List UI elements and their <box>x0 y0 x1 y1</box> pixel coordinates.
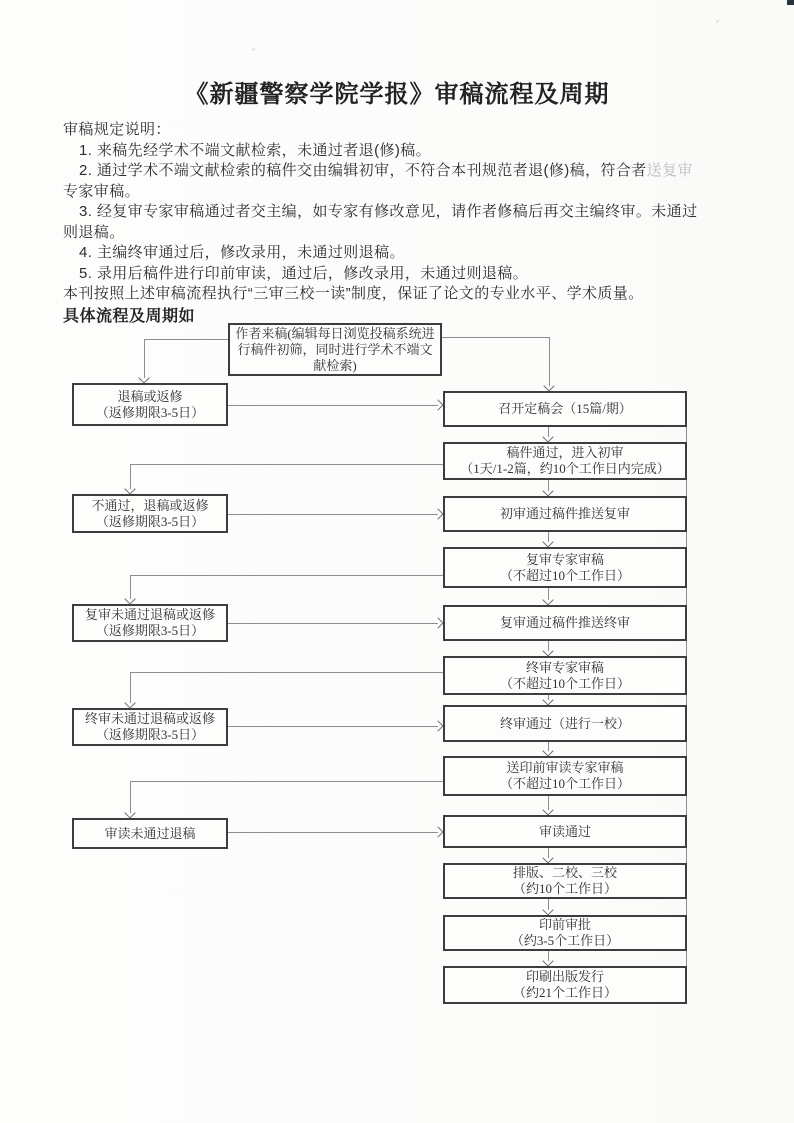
arrowhead-right-icon <box>432 508 443 519</box>
flow-node-label: （返修期限3-5日） <box>96 514 204 530</box>
flow-node-label: 行稿件初筛，同时进行学术不端文 <box>237 342 432 358</box>
arrowhead-down-icon <box>542 536 553 547</box>
connector-line <box>228 726 438 727</box>
flow-node-l2-initial-fail: 不通过，退稿或返修（返修期限3-5日） <box>72 494 228 533</box>
flow-node-label: 审读未通过退稿 <box>104 826 195 842</box>
scanned-page: 《新疆警察学院学报》审稿流程及周期 审稿规定说明：1. 来稿先经学术不端文献检索… <box>0 0 794 1123</box>
flow-node-label: 召开定稿会（15篇/期） <box>498 401 632 417</box>
flow-node-label: 终审未通过退稿或返修 <box>85 711 215 727</box>
connector-line <box>686 391 687 1004</box>
arrowhead-down-icon <box>542 745 553 756</box>
arrowhead-down-icon <box>542 485 553 496</box>
arrowhead-down-icon <box>542 431 553 442</box>
flow-node-l1-reject-revise: 退稿或返修（返修期限3-5日） <box>72 383 228 426</box>
flow-node-l5-read-fail: 审读未通过退稿 <box>72 818 228 849</box>
arrowhead-right-icon <box>432 826 443 837</box>
flow-node-r4-second-review: 复审专家审稿（不超过10个工作日） <box>443 547 687 588</box>
arrowhead-down-icon <box>124 593 135 604</box>
flow-node-label: （约21个工作日） <box>513 985 617 1001</box>
flow-node-label: 审读通过 <box>539 824 591 840</box>
connector-line <box>228 832 438 833</box>
connector-line <box>130 672 443 673</box>
arrowhead-down-icon <box>543 380 554 391</box>
flow-node-label: （1天/1-2篇，约10个工作日内完成） <box>460 461 669 477</box>
flow-node-r12-publish: 印刷出版发行（约21个工作日） <box>443 966 687 1004</box>
connector-line <box>228 623 438 624</box>
connector-line <box>228 514 438 515</box>
flow-node-r11-approval: 印前审批（约3-5个工作日） <box>443 915 687 951</box>
flow-node-label: （返修期限3-5日） <box>96 623 204 639</box>
flow-node-r6-final-review: 终审专家审稿（不超过10个工作日） <box>443 656 687 695</box>
flow-node-label: （不超过10个工作日） <box>500 568 630 584</box>
flow-node-label: 排版、二校、三校 <box>513 865 617 881</box>
connector-line <box>130 781 443 782</box>
arrowhead-down-icon <box>542 852 553 863</box>
arrowhead-down-icon <box>542 955 553 966</box>
flow-node-label: 献检索) <box>313 358 356 374</box>
flow-node-label: 复审通过稿件推送终审 <box>500 615 630 631</box>
arrowhead-down-icon <box>124 483 135 494</box>
flow-node-label: 初审通过稿件推送复审 <box>500 506 630 522</box>
flow-node-label: （约10个工作日） <box>513 881 617 897</box>
arrowhead-down-icon <box>542 594 553 605</box>
flow-node-r9-read-pass: 审读通过 <box>443 815 687 848</box>
connector-line <box>130 464 443 465</box>
flow-node-label: 印刷出版发行 <box>526 969 604 985</box>
flow-node-label: 终审通过（进行一校） <box>500 716 630 732</box>
flow-node-label: 退稿或返修 <box>117 389 182 405</box>
arrowhead-down-icon <box>542 694 553 705</box>
flow-node-label: 复审专家审稿 <box>526 552 604 568</box>
flow-node-label: 送印前审读专家审稿 <box>506 760 623 776</box>
flow-node-label: （不超过10个工作日） <box>500 776 630 792</box>
arrowhead-right-icon <box>432 617 443 628</box>
flow-node-label: （返修期限3-5日） <box>96 405 204 421</box>
flow-node-label: 复审未通过退稿或返修 <box>85 607 215 623</box>
connector-line <box>228 405 438 406</box>
arrowhead-right-icon <box>432 720 443 731</box>
connector-line <box>130 575 443 576</box>
connector-line <box>144 339 228 340</box>
flow-node-r8-preprint-read: 送印前审读专家审稿（不超过10个工作日） <box>443 756 687 796</box>
flow-node-label: 稿件通过，进入初审 <box>506 445 623 461</box>
flow-node-r3-push-second: 初审通过稿件推送复审 <box>443 496 687 532</box>
flow-node-label: （约3-5个工作日） <box>511 933 619 949</box>
flow-node-label: 印前审批 <box>539 917 591 933</box>
flow-node-label: 不通过，退稿或返修 <box>91 498 208 514</box>
flow-node-label: 作者来稿(编辑每日浏览投稿系统进 <box>235 326 434 342</box>
arrowhead-down-icon <box>542 804 553 815</box>
arrowhead-down-icon <box>124 807 135 818</box>
arrowhead-right-icon <box>432 399 443 410</box>
flow-node-r2-initial-review: 稿件通过，进入初审（1天/1-2篇，约10个工作日内完成） <box>443 442 687 480</box>
flow-node-r7-final-pass: 终审通过（进行一校） <box>443 705 687 742</box>
flow-node-r5-push-final: 复审通过稿件推送终审 <box>443 605 687 641</box>
flow-node-r1-meeting: 召开定稿会（15篇/期） <box>443 391 687 427</box>
arrowhead-down-icon <box>542 645 553 656</box>
flow-node-l4-final-fail: 终审未通过退稿或返修（返修期限3-5日） <box>72 708 228 746</box>
flow-node-label: 终审专家审稿 <box>526 660 604 676</box>
connector-line <box>442 337 549 338</box>
arrowhead-down-icon <box>542 904 553 915</box>
connector-line <box>549 337 550 386</box>
flowchart: 作者来稿(编辑每日浏览投稿系统进行稿件初筛，同时进行学术不端文献检索)召开定稿会… <box>0 0 794 1123</box>
flow-node-author: 作者来稿(编辑每日浏览投稿系统进行稿件初筛，同时进行学术不端文献检索) <box>228 323 442 376</box>
flow-node-label: （不超过10个工作日） <box>500 676 630 692</box>
flow-node-l3-second-fail: 复审未通过退稿或返修（返修期限3-5日） <box>72 604 228 642</box>
arrowhead-down-icon <box>138 372 149 383</box>
flow-node-label: （返修期限3-5日） <box>96 727 204 743</box>
flow-node-r10-proofs: 排版、二校、三校（约10个工作日） <box>443 863 687 899</box>
arrowhead-down-icon <box>124 697 135 708</box>
